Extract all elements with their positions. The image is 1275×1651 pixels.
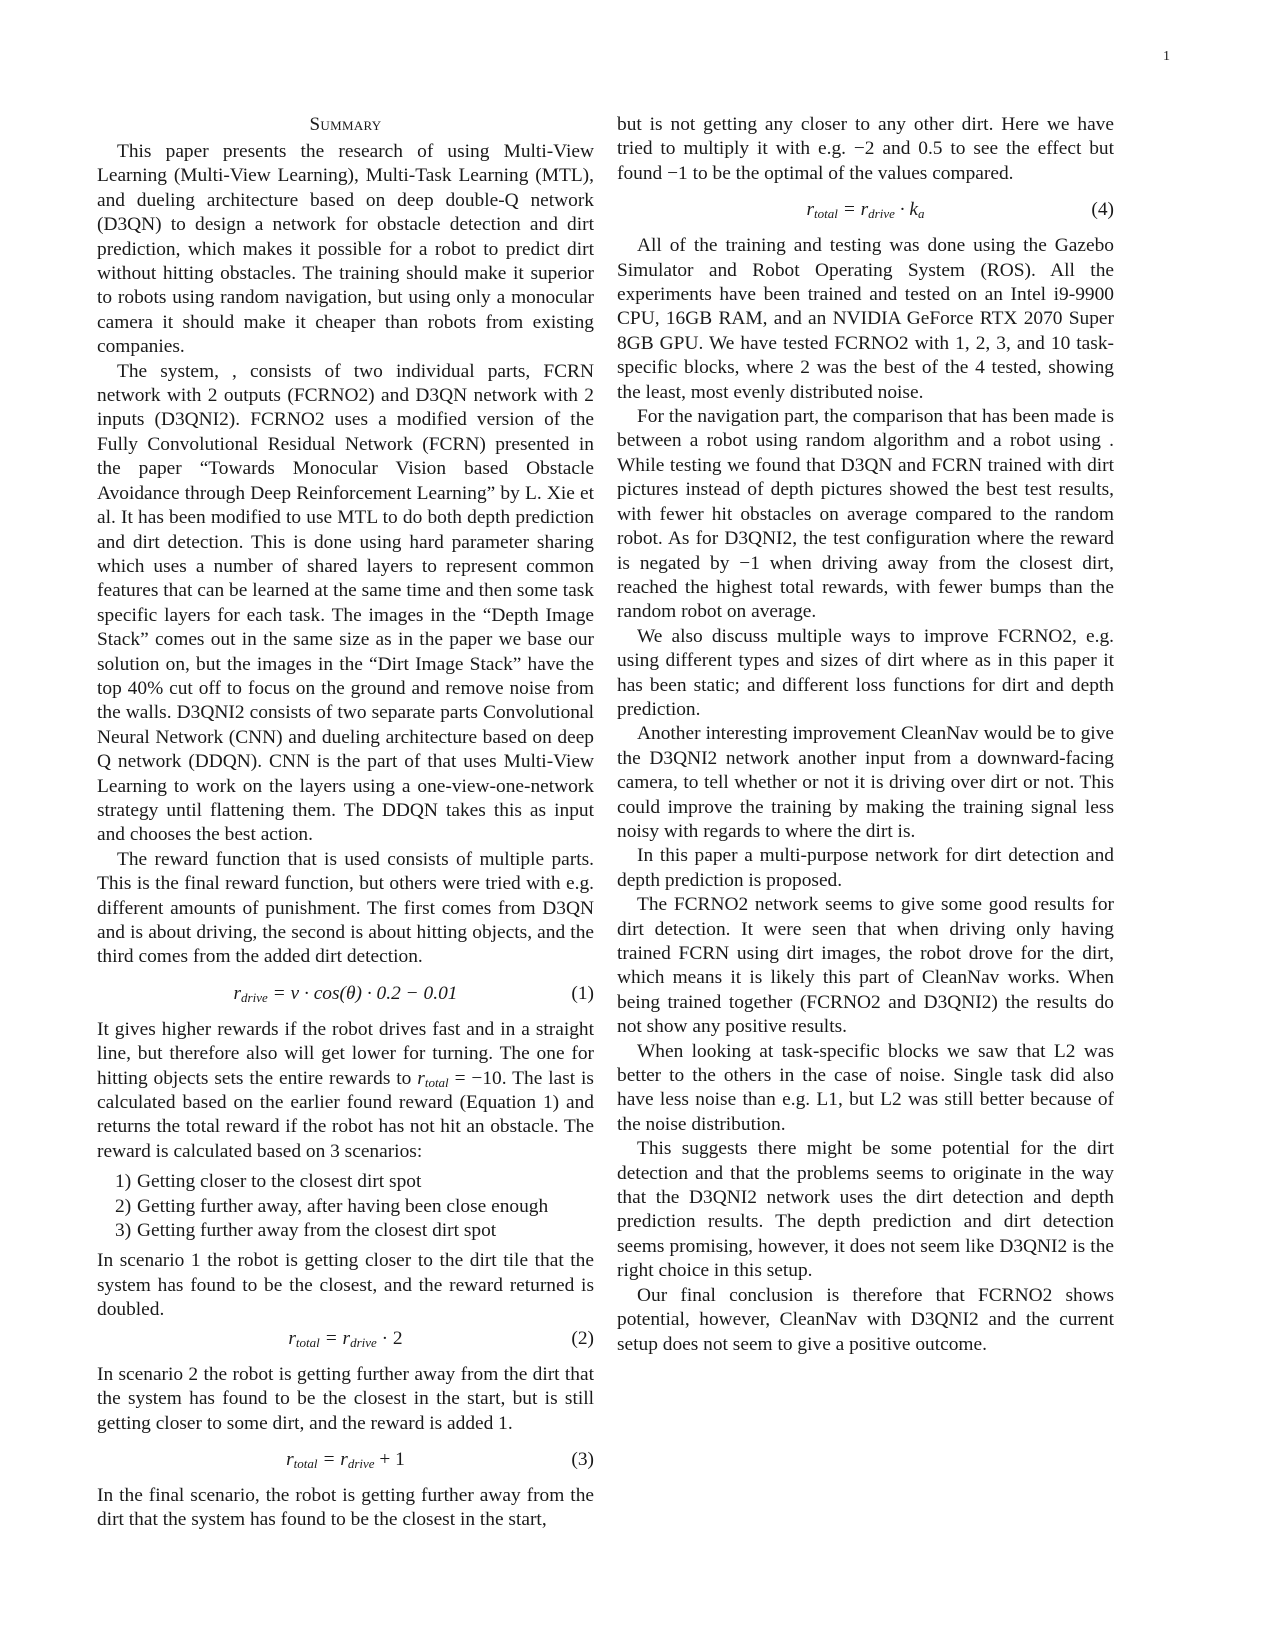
paragraph-conclusion: Our final conclusion is therefore that F… <box>617 1284 1114 1357</box>
eq4-lhs-sub: total <box>814 206 838 221</box>
paragraph-proposal: In this paper a multi-purpose network fo… <box>617 844 1114 893</box>
math-rest: = −10 <box>449 1068 502 1089</box>
math-sub: total <box>425 1075 449 1090</box>
equation-4-body: rtotal = rdrive · ka <box>806 198 924 222</box>
eq3-mid: = r <box>318 1449 348 1470</box>
equation-3-number: (3) <box>571 1448 594 1472</box>
paragraph-reward-function: The reward function that is used consist… <box>97 848 594 970</box>
eq2-mid-sub: drive <box>350 1335 377 1350</box>
equation-3: rtotal = rdrive + 1 (3) <box>97 1448 594 1472</box>
paragraph-system: The system, , consists of two individual… <box>97 360 594 848</box>
list-item-text: Getting closer to the closest dirt spot <box>137 1171 421 1192</box>
eq1-lhs-sub: drive <box>241 990 268 1005</box>
equation-4-number: (4) <box>1091 198 1114 222</box>
math-var: r <box>417 1068 425 1089</box>
eq4-rhs: · k <box>895 199 918 220</box>
equation-4: rtotal = rdrive · ka (4) <box>617 198 1114 222</box>
list-item: 2)Getting further away, after having bee… <box>115 1195 594 1219</box>
left-column: Summary This paper presents the research… <box>97 113 594 1533</box>
paragraph-camera-improvement: Another interesting improvement CleanNav… <box>617 722 1114 844</box>
equation-3-body: rtotal = rdrive + 1 <box>286 1448 405 1472</box>
list-item: 3)Getting further away from the closest … <box>115 1219 594 1243</box>
list-item-number: 3) <box>115 1219 137 1243</box>
paragraph-task-blocks: When looking at task-specific blocks we … <box>617 1040 1114 1138</box>
eq2-rhs: · 2 <box>377 1328 403 1349</box>
paragraph-intro: This paper presents the research of usin… <box>97 140 594 360</box>
eq1-rhs: = v · cos(θ) · 0.2 − 0.01 <box>268 983 458 1004</box>
eq2-mid: = r <box>320 1328 350 1349</box>
paragraph-potential: This suggests there might be some potent… <box>617 1137 1114 1283</box>
list-item-text: Getting further away from the closest di… <box>137 1220 496 1241</box>
scenario-list: 1)Getting closer to the closest dirt spo… <box>97 1170 594 1243</box>
equation-2: rtotal = rdrive · 2 (2) <box>97 1327 594 1351</box>
paragraph-fcrno2-results: The FCRNO2 network seems to give some go… <box>617 893 1114 1039</box>
eq3-rhs: + 1 <box>375 1449 405 1470</box>
list-item-text: Getting further away, after having been … <box>137 1196 548 1217</box>
right-column: but is not getting any closer to any oth… <box>617 113 1114 1357</box>
eq3-lhs: r <box>286 1449 294 1470</box>
eq4-mid: = r <box>838 199 868 220</box>
eq4-mid-sub: drive <box>868 206 895 221</box>
eq1-lhs: r <box>234 983 242 1004</box>
eq2-lhs: r <box>288 1328 296 1349</box>
list-item-number: 2) <box>115 1195 137 1219</box>
eq4-rhs-sub: a <box>918 206 925 221</box>
paragraph-improvements: We also discuss multiple ways to improve… <box>617 625 1114 723</box>
equation-2-body: rtotal = rdrive · 2 <box>288 1327 402 1351</box>
equation-1-body: rdrive = v · cos(θ) · 0.2 − 0.01 <box>234 982 458 1006</box>
eq3-lhs-sub: total <box>294 1456 318 1471</box>
list-item: 1)Getting closer to the closest dirt spo… <box>115 1170 594 1194</box>
equation-2-number: (2) <box>571 1327 594 1351</box>
eq4-lhs: r <box>806 199 814 220</box>
paragraph-navigation: For the navigation part, the comparison … <box>617 405 1114 625</box>
eq2-lhs-sub: total <box>296 1335 320 1350</box>
eq3-mid-sub: drive <box>348 1456 375 1471</box>
paragraph-scenario-3: In the final scenario, the robot is gett… <box>97 1484 594 1533</box>
paragraph-training-setup: All of the training and testing was done… <box>617 234 1114 405</box>
page-number: 1 <box>1163 48 1170 66</box>
list-item-number: 1) <box>115 1170 137 1194</box>
paragraph-scenario-3-continued: but is not getting any closer to any oth… <box>617 113 1114 186</box>
equation-1-number: (1) <box>571 982 594 1006</box>
section-heading-summary: Summary <box>97 113 594 137</box>
inline-math-rtotal: rtotal <box>417 1068 448 1089</box>
equation-1: rdrive = v · cos(θ) · 0.2 − 0.01 (1) <box>97 982 594 1006</box>
paragraph-reward-explanation: It gives higher rewards if the robot dri… <box>97 1018 594 1164</box>
paragraph-scenario-2: In scenario 2 the robot is getting furth… <box>97 1363 594 1436</box>
paragraph-scenario-1: In scenario 1 the robot is getting close… <box>97 1249 594 1322</box>
